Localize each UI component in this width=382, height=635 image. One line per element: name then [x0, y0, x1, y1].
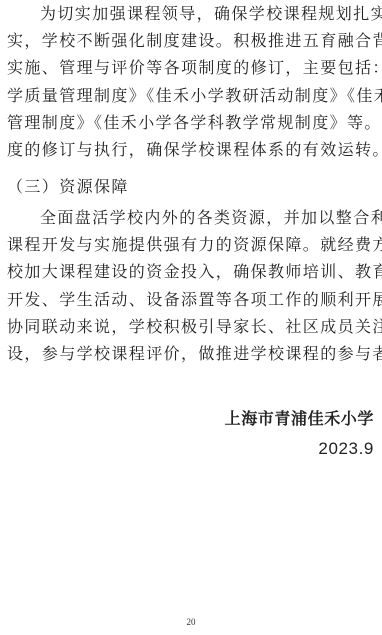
paragraph-line: 学质量管理制度》《佳禾小学教研活动制度》《佳禾小学作业 — [7, 86, 375, 106]
paragraph-line: 为切实加强课程领导，确保学校课程规划扎实有效地得以落 — [40, 4, 375, 24]
paragraph-line: 实，学校不断强化制度建设。积极推进五育融合背景下的课程 — [7, 31, 375, 51]
paragraph-line: 校加大课程建设的资金投入，确保教师培训、教育科研、课程 — [7, 262, 375, 282]
signature-date: 2023.9 — [318, 439, 374, 459]
paragraph-line: 课程开发与实施提供强有力的资源保障。就经费方面来说，学 — [7, 235, 375, 255]
paragraph-line: 管理制度》《佳禾小学各学科教学常规制度》等。通过这些制 — [7, 113, 375, 133]
paragraph-line: 实施、管理与评价等各项制度的修订，主要包括：《佳禾小学教 — [7, 58, 375, 78]
paragraph-line: 开发、学生活动、设备添置等各项工作的顺利开展。就家校社 — [7, 290, 375, 310]
paragraph-line: 度的修订与执行，确保学校课程体系的有效运转。 — [7, 140, 375, 160]
paragraph-line: 全面盘活学校内外的各类资源，并加以整合利用，为学校 — [40, 208, 375, 228]
page-number: 20 — [0, 617, 382, 627]
paragraph-line: 协同联动来说，学校积极引导家长、社区成员关注学校课程建 — [7, 317, 375, 337]
section-heading: （三）资源保障 — [7, 177, 129, 197]
signature-organization: 上海市青浦佳禾小学 — [225, 409, 374, 429]
paragraph-line: 设，参与学校课程评价，做推进学校课程的参与者和监督者。 — [7, 344, 375, 364]
